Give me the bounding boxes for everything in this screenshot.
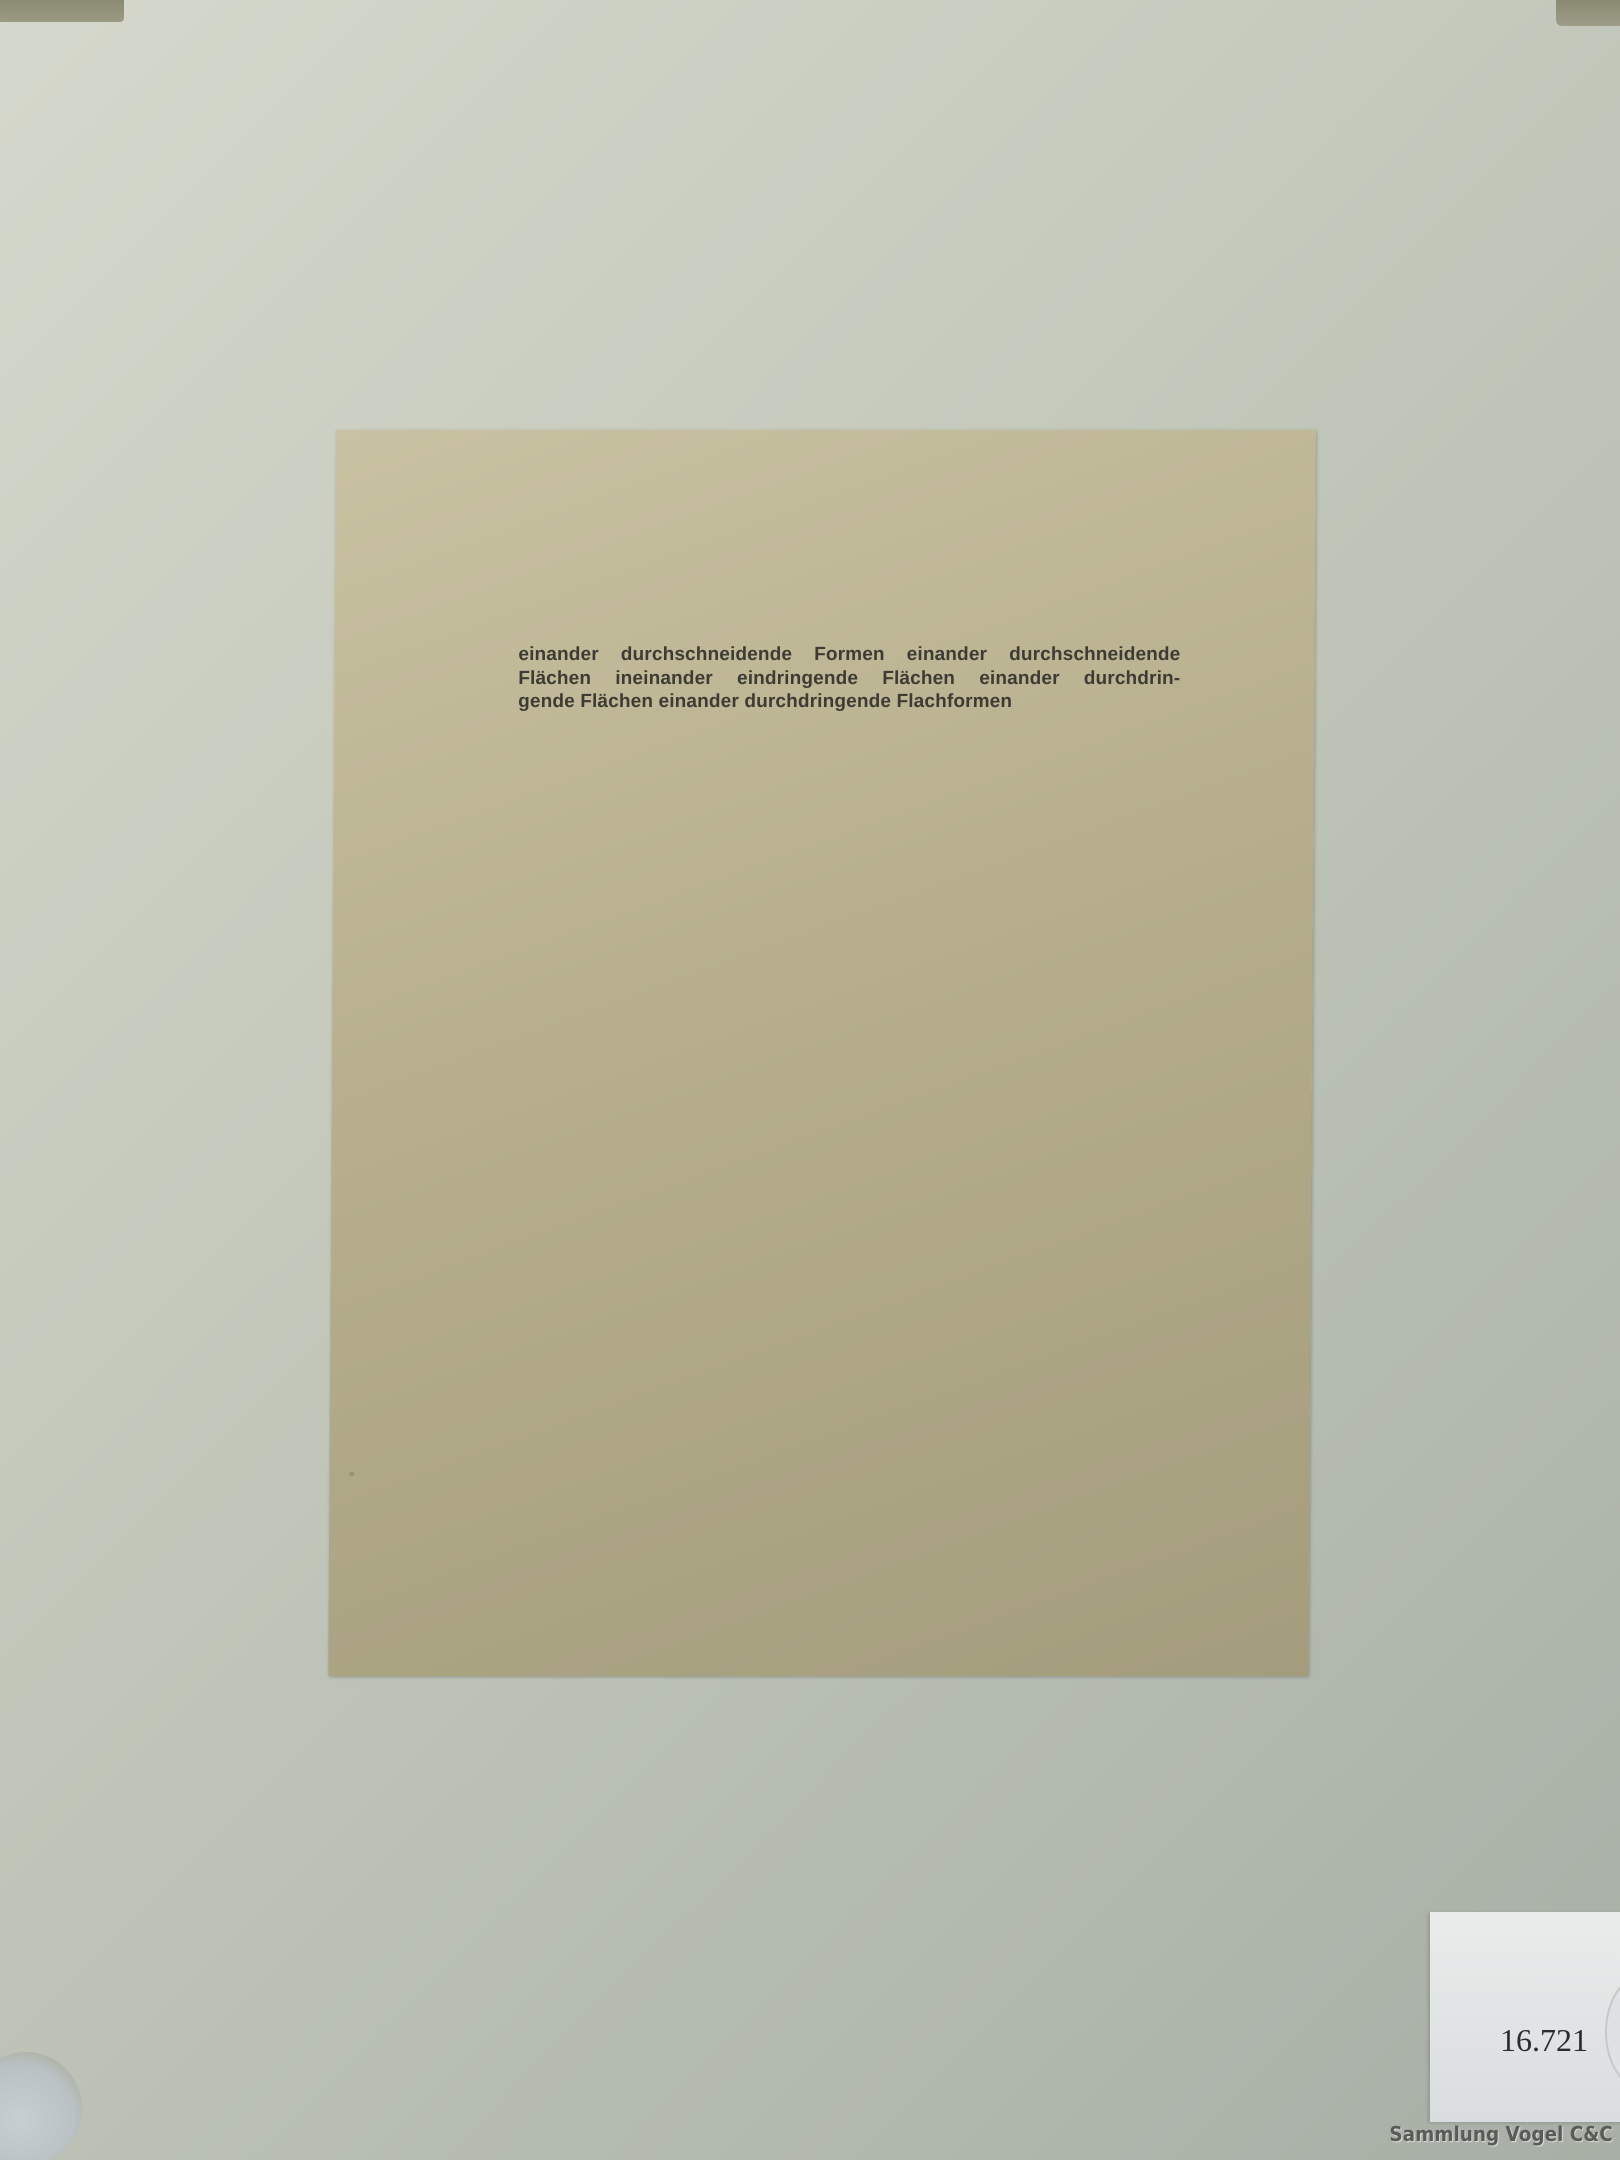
inventory-label-card: 16.721 [1430, 1912, 1620, 2122]
poem-line-2: Flächen ineinander eindringende Flächen … [518, 667, 1180, 691]
poem-line-1: einander durchschneidende Formen einande… [518, 643, 1180, 667]
mount-tab-top-right [1556, 0, 1620, 26]
artwork-sheet: einander durchschneidende Formen einande… [328, 430, 1316, 1676]
mount-pin-bottom-left [0, 2052, 82, 2160]
mount-tab-top-left [0, 0, 124, 22]
paper-mark [349, 1472, 354, 1476]
inventory-number: 16.721 [1500, 2022, 1588, 2059]
collection-watermark: Sammlung Vogel C&C [1390, 2122, 1613, 2146]
poem-line-3: gende Flächen einander durchdringende Fl… [518, 690, 1180, 714]
concrete-poem-text: einander durchschneidende Formen einande… [518, 643, 1180, 714]
